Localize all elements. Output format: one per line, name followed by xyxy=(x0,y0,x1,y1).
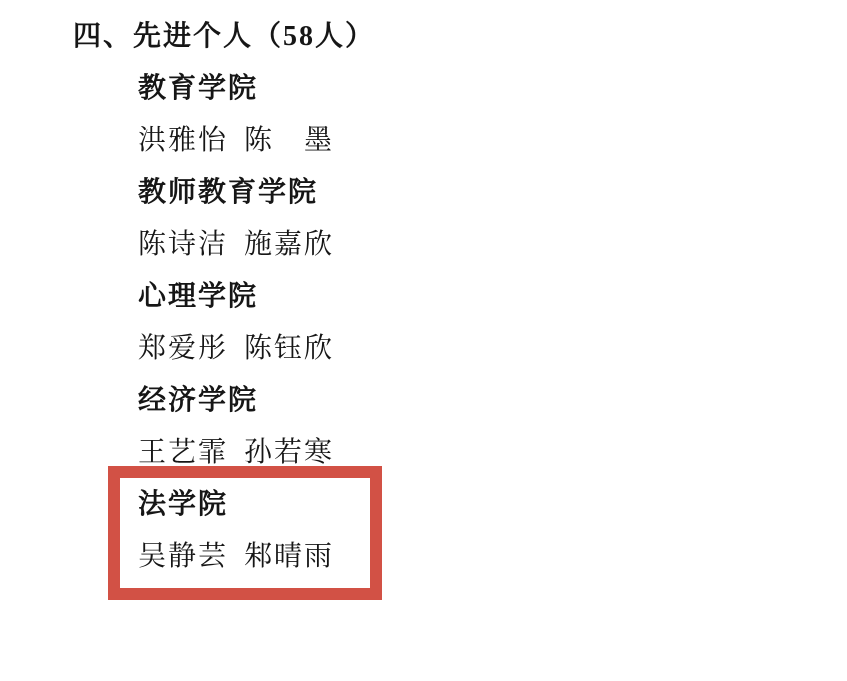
person-name: 陈 墨 xyxy=(244,118,334,158)
person-name: 郑爱彤 xyxy=(138,326,228,366)
college-name-education: 教育学院 xyxy=(0,60,375,112)
college-name-teacher-education: 教师教育学院 xyxy=(0,164,375,216)
section-heading: 四、先进个人（58人） xyxy=(0,8,375,60)
names-row: 王艺霏 孙若寒 xyxy=(0,424,375,476)
names-row: 吴静芸 邾晴雨 xyxy=(0,528,375,580)
person-name: 吴静芸 xyxy=(138,534,228,574)
person-name: 王艺霏 xyxy=(138,430,228,470)
document-page: 四、先进个人（58人） 教育学院 洪雅怡 陈 墨 教师教育学院 陈诗洁 施嘉欣 … xyxy=(0,0,847,681)
person-name: 洪雅怡 xyxy=(138,118,228,158)
names-row: 洪雅怡 陈 墨 xyxy=(0,112,375,164)
document-text-block: 四、先进个人（58人） 教育学院 洪雅怡 陈 墨 教师教育学院 陈诗洁 施嘉欣 … xyxy=(0,8,375,580)
college-name-psychology: 心理学院 xyxy=(0,268,375,320)
person-name: 邾晴雨 xyxy=(244,534,334,574)
person-name: 陈钰欣 xyxy=(244,326,334,366)
person-name: 施嘉欣 xyxy=(244,222,334,262)
college-name-law: 法学院 xyxy=(0,476,375,528)
names-row: 陈诗洁 施嘉欣 xyxy=(0,216,375,268)
college-name-economics: 经济学院 xyxy=(0,372,375,424)
person-name: 孙若寒 xyxy=(244,430,334,470)
person-name: 陈诗洁 xyxy=(138,222,228,262)
names-row: 郑爱彤 陈钰欣 xyxy=(0,320,375,372)
